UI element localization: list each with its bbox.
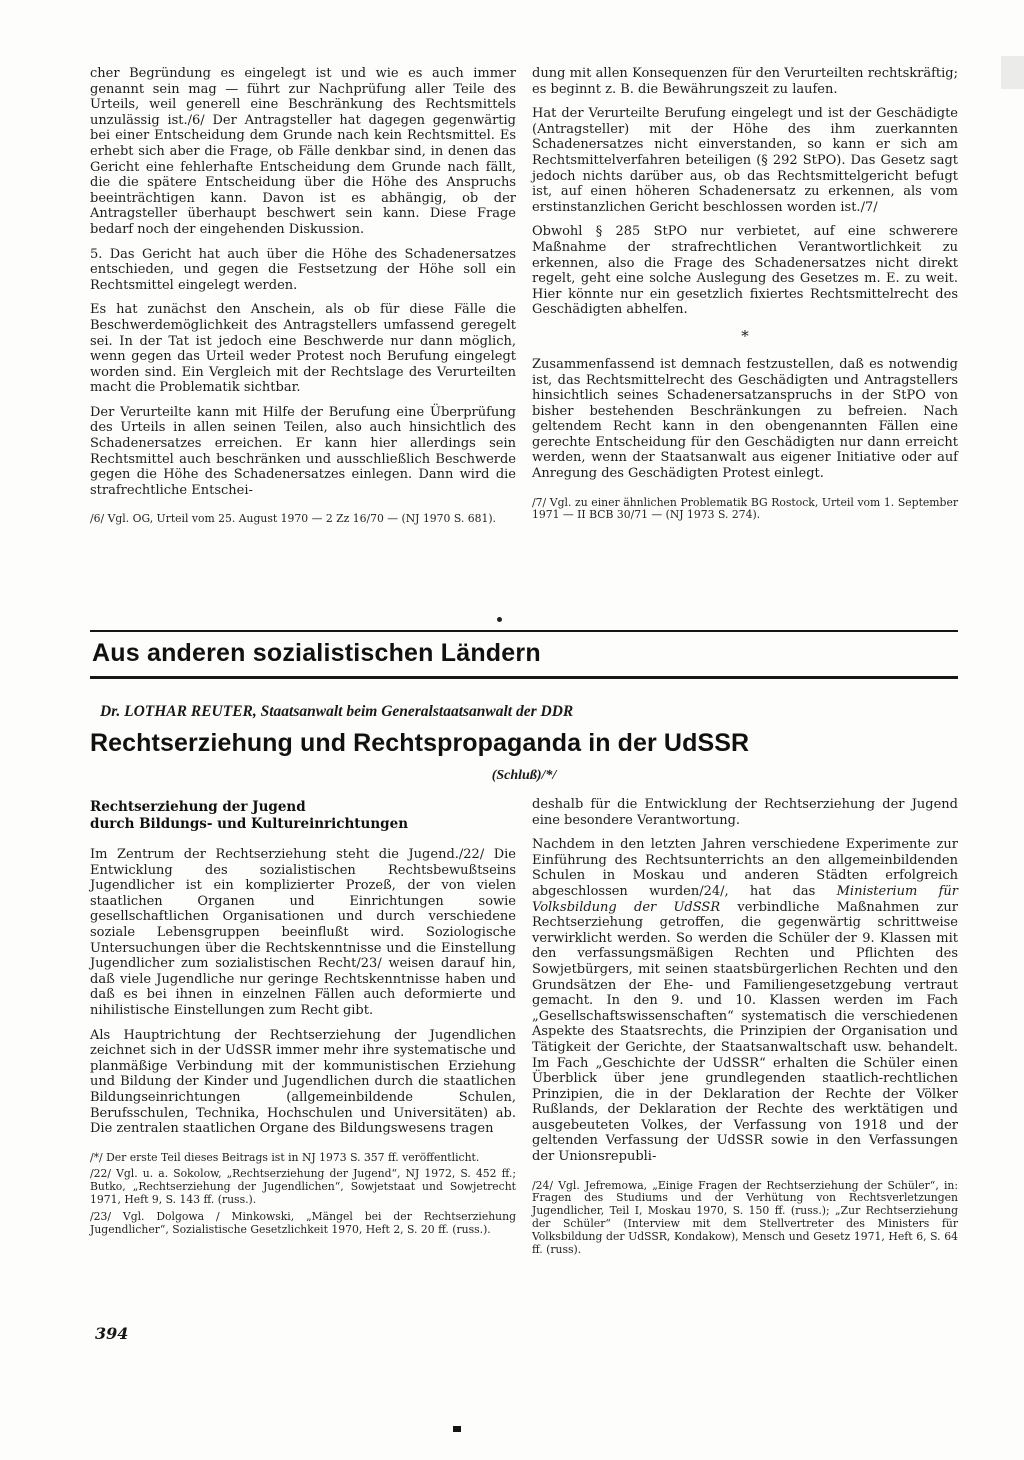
journal-page: cher Begründung es eingelegt ist und wie… bbox=[0, 0, 1024, 1460]
body-paragraph: Der Verurteilte kann mit Hilfe der Beruf… bbox=[90, 405, 516, 499]
body-paragraph: Als Hauptrichtung der Rechtserziehung de… bbox=[90, 1028, 516, 1137]
article1-column-left: cher Begründung es eingelegt ist und wie… bbox=[90, 66, 516, 530]
page-number: 394 bbox=[95, 1324, 128, 1343]
body-paragraph: deshalb für die Entwicklung der Rechtser… bbox=[532, 797, 958, 828]
article2-column-left: Rechtserziehung der Jugend durch Bildung… bbox=[90, 797, 516, 1260]
article1-columns: cher Begründung es eingelegt ist und wie… bbox=[90, 66, 958, 530]
section-banner: Aus anderen sozialistischen Ländern bbox=[90, 630, 958, 679]
asterisk-separator: * bbox=[532, 327, 958, 345]
article1-column-right: dung mit allen Konsequenzen für den Veru… bbox=[532, 66, 958, 530]
author-line: Dr. LOTHAR REUTER, Staatsanwalt beim Gen… bbox=[100, 703, 573, 721]
body-paragraph: Nachdem in den letzten Jahren verschiede… bbox=[532, 837, 958, 1164]
body-paragraph: Im Zentrum der Rechtserziehung steht die… bbox=[90, 847, 516, 1019]
article2-column-right: deshalb für die Entwicklung der Rechtser… bbox=[532, 797, 958, 1260]
banner-rule-bottom bbox=[90, 676, 958, 679]
article-title: Rechtserziehung und Rechtspropaganda in … bbox=[90, 729, 749, 758]
body-paragraph: 5. Das Gericht hat auch über die Höhe de… bbox=[90, 247, 516, 294]
section-title: Aus anderen sozialistischen Ländern bbox=[90, 632, 958, 676]
scan-speck-dot bbox=[497, 617, 502, 622]
body-paragraph: Zusammenfassend ist demnach festzustelle… bbox=[532, 357, 958, 482]
footnote-block: /6/ Vgl. OG, Urteil vom 25. August 1970 … bbox=[90, 513, 516, 526]
footnote-block: /24/ Vgl. Jefremowa, „Einige Fragen der … bbox=[532, 1180, 958, 1257]
footnote-6: /6/ Vgl. OG, Urteil vom 25. August 1970 … bbox=[90, 513, 516, 526]
body-paragraph: Es hat zunächst den Anschein, als ob für… bbox=[90, 302, 516, 396]
footnote-23: /23/ Vgl. Dolgowa / Minkowski, „Mängel b… bbox=[90, 1211, 516, 1237]
article-subtitle: (Schluß)/*/ bbox=[90, 768, 958, 784]
scan-speck-bottom bbox=[453, 1426, 461, 1432]
footnote-block: /7/ Vgl. zu einer ähnlichen Problematik … bbox=[532, 497, 958, 523]
body-paragraph: cher Begründung es eingelegt ist und wie… bbox=[90, 66, 516, 238]
article2-columns: Rechtserziehung der Jugend durch Bildung… bbox=[90, 797, 958, 1260]
footnote-block: /*/ Der erste Teil dieses Beitrags ist i… bbox=[90, 1152, 516, 1237]
footnote-7: /7/ Vgl. zu einer ähnlichen Problematik … bbox=[532, 497, 958, 523]
footnote-24: /24/ Vgl. Jefremowa, „Einige Fragen der … bbox=[532, 1180, 958, 1257]
footnote-star: /*/ Der erste Teil dieses Beitrags ist i… bbox=[90, 1152, 516, 1165]
body-paragraph: Obwohl § 285 StPO nur verbietet, auf ein… bbox=[532, 224, 958, 318]
column-subheading: Rechtserziehung der Jugend durch Bildung… bbox=[90, 799, 516, 833]
scan-artifact-gray-box bbox=[1001, 56, 1024, 89]
footnote-22: /22/ Vgl. u. a. Sokolow, „Rechtserziehun… bbox=[90, 1168, 516, 1206]
body-paragraph: Hat der Verurteilte Berufung eingelegt u… bbox=[532, 106, 958, 215]
paragraph-segment: verbindliche Maßnahmen zur Rechtserziehu… bbox=[532, 900, 958, 1165]
subheading-line1: Rechtserziehung der Jugend bbox=[90, 799, 516, 816]
body-paragraph: dung mit allen Konsequenzen für den Veru… bbox=[532, 66, 958, 97]
subheading-line2: durch Bildungs- und Kultureinrichtungen bbox=[90, 816, 516, 833]
